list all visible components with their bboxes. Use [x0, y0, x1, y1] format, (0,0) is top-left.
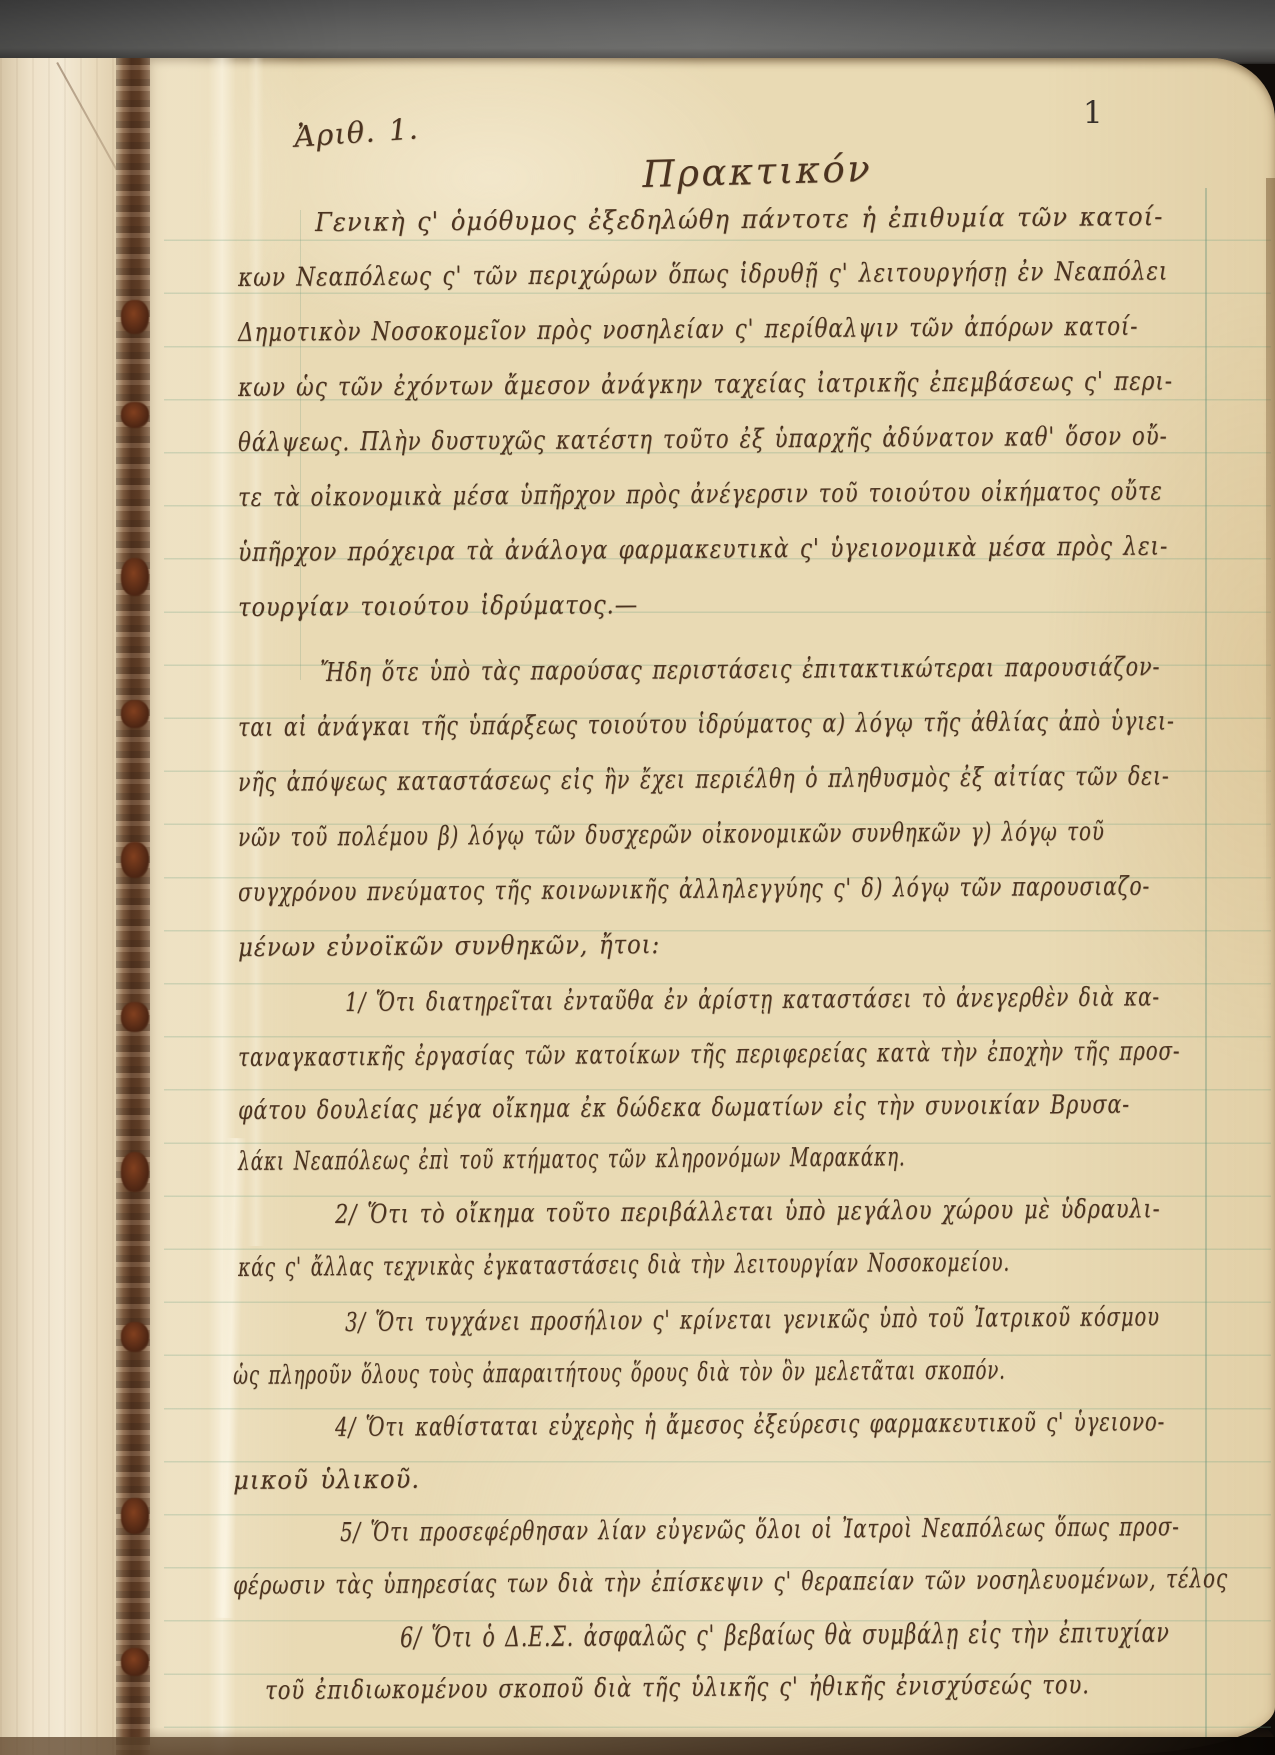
- handwritten-line: ται αἱ ἀνάγκαι τῆς ὑπάρξεως τοιούτου ἱδρ…: [238, 704, 1175, 745]
- handwritten-line: μικοῦ ὑλικοῦ.: [233, 1463, 420, 1498]
- handwritten-line: φάτου δουλείας μέγα οἴκημα ἐκ δώδεκα δωμ…: [238, 1088, 1130, 1128]
- handwritten-line: 2/ Ὅτι τὸ οἴκημα τοῦτο περιβάλλεται ὑπὸ …: [335, 1192, 1161, 1232]
- handwritten-line: λάκι Νεαπόλεως ἐπὶ τοῦ κτήματος τῶν κληρ…: [238, 1140, 906, 1179]
- handwritten-line: Γενικὴ ς' ὁμόθυμος ἐξεδηλώθη πάντοτε ἡ ἐ…: [315, 200, 1164, 240]
- handwritten-line: 6/ Ὅτι ὁ Δ.Ε.Σ. ἀσφαλῶς ς' βεβαίως θὰ συ…: [400, 1616, 1170, 1655]
- handwritten-line: Δημοτικὸν Νοσοκομεῖον πρὸς νοσηλείαν ς' …: [238, 310, 1138, 350]
- page-title: Πρακτικόν: [642, 152, 873, 192]
- scan-bottom-shadow: [0, 1737, 1275, 1755]
- handwritten-line: ταναγκαστικῆς ἐργασίας τῶν κατοίκων τῆς …: [238, 1034, 1181, 1075]
- handwritten-line: κων Νεαπόλεως ς' τῶν περιχώρων ὅπως ἱδρυ…: [238, 255, 1168, 295]
- handwritten-line: νῆς ἀπόψεως καταστάσεως εἰς ἣν ἔχει περι…: [238, 759, 1170, 800]
- handwriting-layer: Ἀριθ. 1. Πρακτικόν Γενικὴ ς' ὁμόθυμος ἐξ…: [0, 0, 1275, 1755]
- handwritten-line: 1/ Ὅτι διατηρεῖται ἐνταῦθα ἐν ἀρίστῃ κατ…: [345, 980, 1160, 1020]
- handwritten-line: Ἤδη ὅτε ὑπὸ τὰς παρούσας περιστάσεις ἐπι…: [320, 650, 1160, 690]
- handwritten-line: φέρωσιν τὰς ὑπηρεσίας των διὰ τὴν ἐπίσκε…: [233, 1562, 1228, 1603]
- handwritten-line: θάλψεως. Πλὴν δυστυχῶς κατέστη τοῦτο ἐξ …: [238, 420, 1168, 460]
- handwritten-line: ὑπῆρχον πρόχειρα τὰ ἀνάλογα φαρμακευτικὰ…: [238, 530, 1168, 570]
- handwritten-line: 3/ Ὅτι τυγχάνει προσήλιον ς' κρίνεται γε…: [345, 1300, 1160, 1340]
- handwritten-line: 5/ Ὅτι προσεφέρθησαν λίαν εὐγενῶς ὅλοι ο…: [340, 1510, 1180, 1550]
- handwritten-line: ὡς πληροῦν ὅλους τοὺς ἀπαραιτήτους ὅρους…: [233, 1354, 1006, 1393]
- handwritten-line: κάς ς' ἄλλας τεχνικὰς ἐγκαταστάσεις διὰ …: [238, 1246, 1010, 1285]
- document-number: Ἀριθ. 1.: [293, 111, 420, 154]
- handwritten-line: νῶν τοῦ πολέμου β) λόγῳ τῶν δυσχερῶν οἰκ…: [238, 815, 1105, 855]
- handwritten-line: κων ὡς τῶν ἐχόντων ἄμεσον ἀνάγκην ταχεία…: [238, 364, 1173, 405]
- handwritten-line: τοῦ ἐπιδιωκομένου σκοποῦ διὰ τῆς ὑλικῆς …: [265, 1668, 1090, 1708]
- handwritten-line: μένων εὐνοϊκῶν συνθηκῶν, ἤτοι:: [238, 928, 660, 965]
- handwritten-line: τε τὰ οἰκονομικὰ μέσα ὑπῆρχον πρὸς ἀνέγε…: [238, 475, 1163, 515]
- handwritten-line: τουργίαν τοιούτου ἱδρύματος.—: [238, 588, 638, 625]
- page-number: 1: [1083, 98, 1104, 129]
- handwritten-line: 4/ Ὅτι καθίσταται εὐχερὴς ἡ ἄμεσος ἐξεύρ…: [335, 1405, 1165, 1445]
- handwritten-line: συγχρόνου πνεύματος τῆς κοινωνικῆς ἀλληλ…: [238, 870, 1150, 910]
- scanned-manuscript: { "document": { "heading_number": "Ἀριθ.…: [0, 0, 1275, 1755]
